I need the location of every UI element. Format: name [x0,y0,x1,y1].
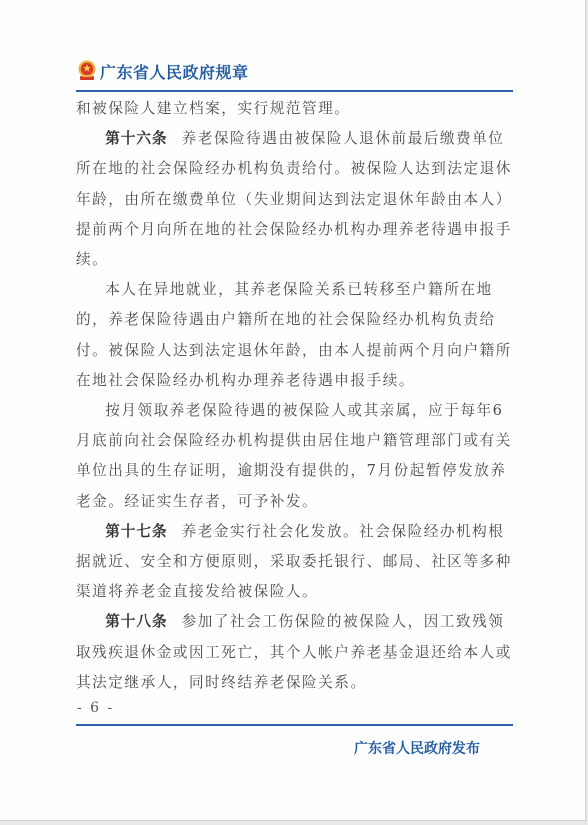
page-header: 广东省人民政府规章 [77,58,249,84]
paragraph-text: 本人在异地就业，其养老保险关系已转移至户籍所在地的，养老保险待遇由户籍所在地的社… [76,281,512,389]
article-17: 第十七条养老金实行社会化发放。社会保险经办机构根据就近、安全和方便原则，采取委托… [76,517,516,608]
national-emblem-icon [77,60,97,82]
footer-publisher: 广东省人民政府发布 [354,738,480,758]
header-title: 广东省人民政府规章 [100,60,249,83]
article-18: 第十八条参加了社会工伤保险的被保险人，因工致残领取残疾退休金或因工死亡，其个人帐… [76,607,516,698]
page-number: - 6 - [77,700,114,716]
paragraph-text: 养老保险待遇由被保险人退休前最后缴费单位所在地的社会保险经办机构负责给付。被保险… [76,130,512,268]
document-page: 广东省人民政府规章 和被保险人建立档案，实行规范管理。 第十六条养老保险待遇由被… [0,0,586,821]
article-16-paragraph-2: 本人在异地就业，其养老保险关系已转移至户籍所在地的，养老保险待遇由户籍所在地的社… [76,275,516,396]
paragraph-continuation: 和被保险人建立档案，实行规范管理。 [76,94,516,124]
article-label: 第十七条 [105,523,167,540]
regulation-body: 和被保险人建立档案，实行规范管理。 第十六条养老保险待遇由被保险人退休前最后缴费… [76,94,516,698]
paragraph-text: 和被保险人建立档案，实行规范管理。 [76,100,350,117]
article-16-paragraph-3: 按月领取养老保险待遇的被保险人或其亲属，应于每年6月底前向社会保险经办机构提供由… [76,396,516,517]
footer-rule [76,724,513,726]
header-rule [76,90,513,92]
article-label: 第十六条 [105,130,167,147]
paragraph-text: 按月领取养老保险待遇的被保险人或其亲属，应于每年6月底前向社会保险经办机构提供由… [76,402,512,510]
article-16: 第十六条养老保险待遇由被保险人退休前最后缴费单位所在地的社会保险经办机构负责给付… [76,124,516,275]
article-label: 第十八条 [105,613,167,630]
